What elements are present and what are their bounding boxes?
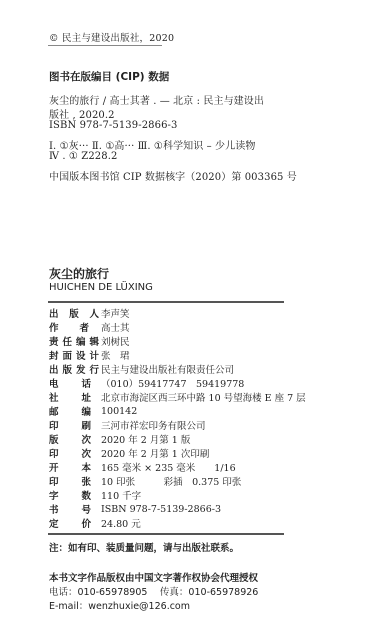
rights-statement: 本书文字作品版权由中国文字著作权协会代理授权 (49, 570, 258, 584)
info-row-cover-design: 封面设计 张 珺 (49, 348, 130, 362)
info-row-address: 社址 北京市海淀区西三环中路 10 号望海楼 E 座 7 层 (49, 390, 306, 404)
info-value: 北京市海淀区西三环中路 10 号望海楼 E 座 7 层 (101, 390, 306, 404)
info-label: 作者 (49, 320, 91, 334)
info-label: 书号 (49, 502, 93, 516)
divider (48, 301, 284, 303)
info-label: 字数 (49, 488, 93, 502)
info-row-edition: 版次 2020 年 2 月第 1 版 (49, 432, 190, 446)
info-row-price: 定价 24.80 元 (49, 516, 141, 530)
info-value: 2020 年 2 月第 1 版 (101, 432, 190, 446)
info-value: （010）59417747 59419778 (101, 376, 244, 390)
info-label: 开本 (49, 460, 93, 474)
info-value: 刘树民 (101, 334, 130, 348)
info-row-format: 开本 165 毫米 × 235 毫米 1/16 (49, 460, 236, 474)
info-value: 110 千字 (101, 488, 141, 502)
info-row-publisher: 出版发行 民主与建设出版社有限责任公司 (49, 362, 234, 376)
contact-email: E-mail：wenzhuxie@126.com (49, 598, 190, 612)
contact-phone-fax: 电话：010-65978905 传真：010-65978926 (49, 584, 258, 598)
info-value: 李声笑 (101, 306, 130, 320)
info-row-postcode: 邮编 100142 (49, 404, 137, 418)
info-label: 封面设计 (49, 348, 101, 362)
info-label: 版次 (49, 432, 93, 446)
book-title-pinyin: HUICHEN DE LÜXING (49, 282, 153, 293)
info-value: 2020 年 2 月第 1 次印刷 (101, 446, 209, 460)
info-label: 印张 (49, 474, 93, 488)
info-label: 印刷 (49, 418, 93, 432)
cip-classification: Ⅳ . ① Z228.2 (49, 151, 117, 162)
info-row-author: 作者 高士其 (49, 320, 130, 334)
info-label: 责任编辑 (49, 334, 101, 348)
info-label: 邮编 (49, 404, 93, 418)
info-label: 出版发行 (49, 362, 101, 376)
info-row-isbn: 书号 ISBN 978-7-5139-2866-3 (49, 502, 221, 516)
info-row-printer: 印刷 三河市祥宏印务有限公司 (49, 418, 206, 432)
info-value: 民主与建设出版社有限责任公司 (101, 362, 234, 376)
info-value: 三河市祥宏印务有限公司 (101, 418, 206, 432)
info-value: 张 珺 (101, 348, 130, 362)
divider (48, 533, 284, 535)
quality-note: 注：如有印、装质量问题，请与出版社联系。 (49, 540, 239, 554)
info-label: 出版人 (49, 306, 101, 320)
cip-heading: 图书在版编目 (CIP) 数据 (49, 69, 169, 84)
info-value: 高士其 (101, 320, 130, 334)
copyright-notice: © 民主与建设出版社，2020 (49, 30, 174, 44)
info-value: 24.80 元 (101, 516, 141, 530)
cip-record-number: 中国版本图书馆 CIP 数据核字（2020）第 003365 号 (49, 168, 297, 183)
info-row-word-count: 字数 110 千字 (49, 488, 141, 502)
info-label: 定价 (49, 516, 93, 530)
cip-line: 版社 , 2020.2 (49, 106, 115, 121)
info-label: 印次 (49, 446, 93, 460)
info-value: 165 毫米 × 235 毫米 1/16 (101, 460, 236, 474)
info-row-publisher-person: 出版人 李声笑 (49, 306, 130, 320)
info-value: 10 印张 彩插 0.375 印张 (101, 474, 241, 488)
cip-classification: Ⅰ. ①灰··· Ⅱ. ①高··· Ⅲ. ①科学知识 – 少儿读物 (49, 137, 255, 152)
info-label: 社址 (49, 390, 93, 404)
info-row-editor: 责任编辑 刘树民 (49, 334, 130, 348)
book-title: 灰尘的旅行 (49, 265, 109, 282)
info-row-sheets: 印张 10 印张 彩插 0.375 印张 (49, 474, 241, 488)
copyright-underline (48, 45, 162, 46)
cip-isbn: ISBN 978-7-5139-2866-3 (49, 120, 178, 131)
info-value: 100142 (101, 406, 137, 417)
info-value: ISBN 978-7-5139-2866-3 (101, 504, 221, 515)
info-row-printing: 印次 2020 年 2 月第 1 次印刷 (49, 446, 209, 460)
cip-line: 灰尘的旅行 / 高士其著 . — 北京 : 民主与建设出 (49, 92, 264, 107)
info-row-phone: 电话 （010）59417747 59419778 (49, 376, 244, 390)
info-label: 电话 (49, 376, 93, 390)
